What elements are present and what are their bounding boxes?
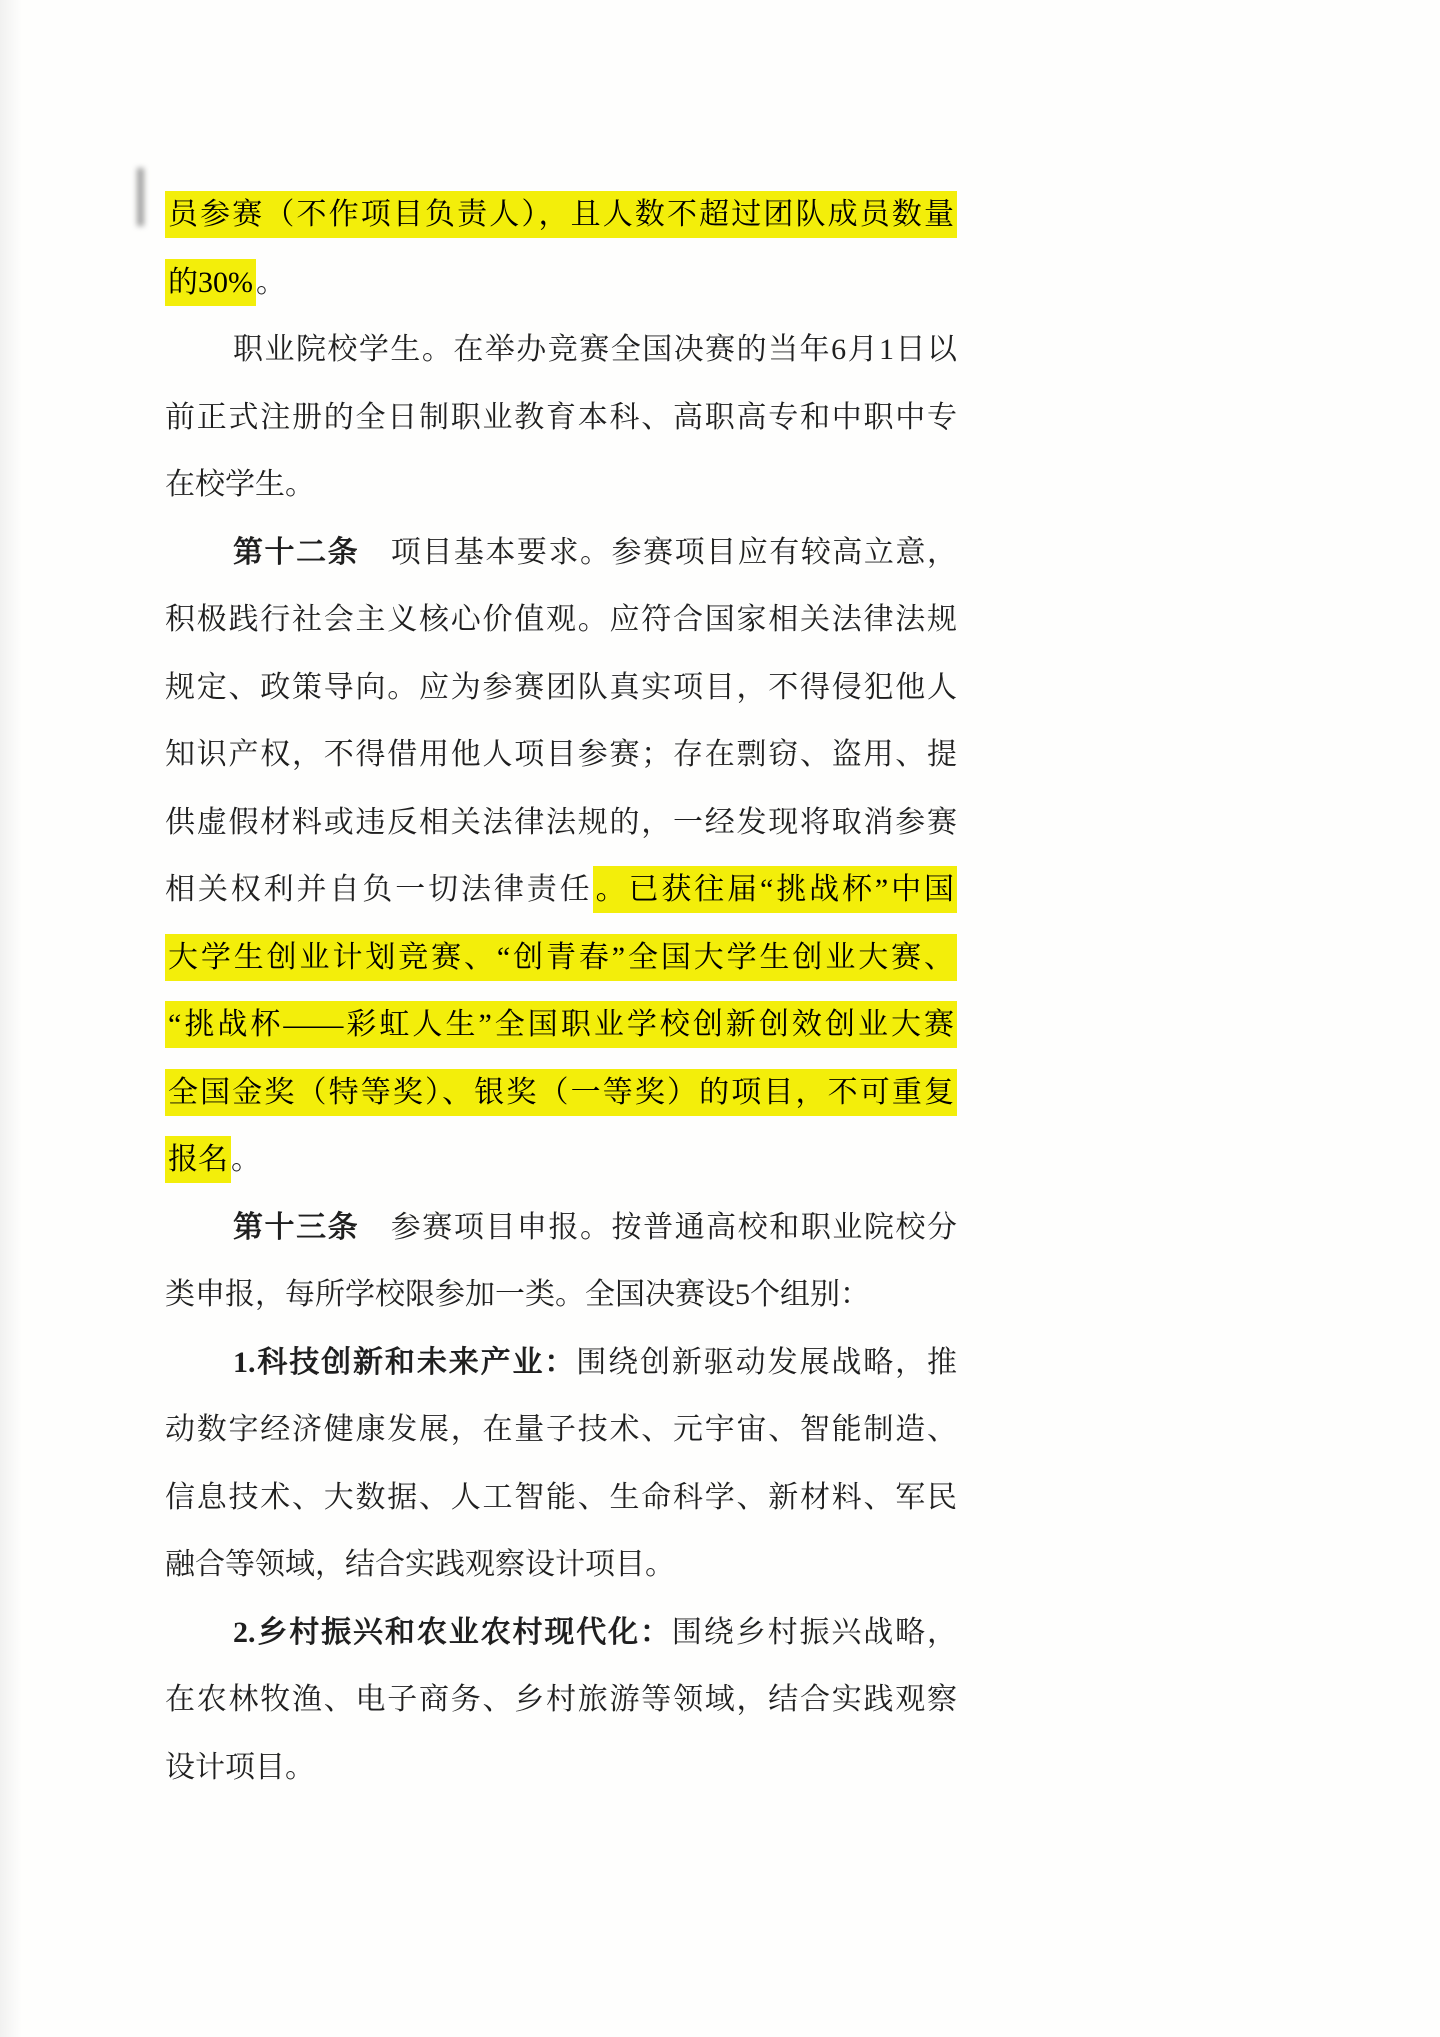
text-line-5: 在校学生。 bbox=[165, 451, 957, 519]
highlighted-text: 报名 bbox=[165, 1136, 231, 1183]
text-segment: 设计项目。 bbox=[165, 1751, 315, 1784]
text-line-12: 大学生创业计划竞赛、“创青春”全国大学生创业大赛、 bbox=[165, 924, 957, 992]
text-segment: 第十二条 bbox=[233, 536, 359, 569]
text-line-24: 设计项目。 bbox=[165, 1734, 957, 1802]
text-segment: 在农林牧渔、电子商务、乡村旅游等领域，结合实践观察 bbox=[165, 1683, 957, 1716]
highlighted-text: “挑战杯——彩虹人生”全国职业学校创新创效创业大赛 bbox=[165, 1001, 957, 1048]
text-segment: 相关权利并自负一切法律责任 bbox=[165, 873, 593, 906]
highlighted-text: 。已获往届“挑战杯”中国 bbox=[593, 866, 957, 913]
text-line-20: 信息技术、大数据、人工智能、生命科学、新材料、军民 bbox=[165, 1464, 957, 1532]
text-line-16: 第十三条 参赛项目申报。按普通高校和职业院校分 bbox=[165, 1194, 957, 1262]
text-line-21: 融合等领域，结合实践观察设计项目。 bbox=[165, 1531, 957, 1599]
highlighted-text: 大学生创业计划竞赛、“创青春”全国大学生创业大赛、 bbox=[165, 934, 957, 981]
text-segment: 类申报，每所学校限参加一类。全国决赛设5个组别： bbox=[165, 1278, 870, 1311]
text-line-17: 类申报，每所学校限参加一类。全国决赛设5个组别： bbox=[165, 1261, 957, 1329]
text-segment: 第十三条 bbox=[233, 1211, 359, 1244]
text-segment: 参赛项目申报。按普通高校和职业院校分 bbox=[359, 1211, 957, 1244]
text-line-13: “挑战杯——彩虹人生”全国职业学校创新创效创业大赛 bbox=[165, 991, 957, 1059]
text-line-11: 相关权利并自负一切法律责任。已获往届“挑战杯”中国 bbox=[165, 856, 957, 924]
text-line-10: 供虚假材料或违反相关法律法规的，一经发现将取消参赛 bbox=[165, 789, 957, 857]
text-line-19: 动数字经济健康发展，在量子技术、元宇宙、智能制造、 bbox=[165, 1396, 957, 1464]
text-line-8: 规定、政策导向。应为参赛团队真实项目，不得侵犯他人 bbox=[165, 654, 957, 722]
text-line-1: 员参赛（不作项目负责人），且人数不超过团队成员数量 bbox=[165, 181, 957, 249]
text-line-4: 前正式注册的全日制职业教育本科、高职高专和中职中专 bbox=[165, 384, 957, 452]
text-segment: 围绕乡村振兴战略， bbox=[672, 1616, 957, 1649]
document-text-block: 员参赛（不作项目负责人），且人数不超过团队成员数量的30%。职业院校学生。在举办… bbox=[165, 181, 957, 1801]
scan-artifact bbox=[137, 168, 144, 226]
text-segment: 前正式注册的全日制职业教育本科、高职高专和中职中专 bbox=[165, 401, 957, 434]
text-line-6: 第十二条 项目基本要求。参赛项目应有较高立意， bbox=[165, 519, 957, 587]
text-line-22: 2.乡村振兴和农业农村现代化：围绕乡村振兴战略， bbox=[165, 1599, 957, 1667]
text-segment: 融合等领域，结合实践观察设计项目。 bbox=[165, 1548, 675, 1581]
text-line-15: 报名。 bbox=[165, 1126, 957, 1194]
text-segment: 2.乡村振兴和农业农村现代化： bbox=[233, 1616, 672, 1649]
text-segment: 1.科技创新和未来产业： bbox=[233, 1346, 576, 1379]
document-page: 员参赛（不作项目负责人），且人数不超过团队成员数量的30%。职业院校学生。在举办… bbox=[0, 0, 1440, 2037]
highlighted-text: 全国金奖（特等奖）、银奖（一等奖）的项目，不可重复 bbox=[165, 1069, 957, 1116]
text-segment: 在校学生。 bbox=[165, 468, 315, 501]
text-line-23: 在农林牧渔、电子商务、乡村旅游等领域，结合实践观察 bbox=[165, 1666, 957, 1734]
text-segment: 积极践行社会主义核心价值观。应符合国家相关法律法规 bbox=[165, 603, 957, 636]
text-line-18: 1.科技创新和未来产业：围绕创新驱动发展战略，推 bbox=[165, 1329, 957, 1397]
highlighted-text: 员参赛（不作项目负责人），且人数不超过团队成员数量 bbox=[165, 191, 957, 238]
text-segment: 项目基本要求。参赛项目应有较高立意， bbox=[359, 536, 957, 569]
text-line-2: 的30%。 bbox=[165, 249, 957, 317]
text-segment: 。 bbox=[256, 266, 286, 299]
text-segment: 围绕创新驱动发展战略，推 bbox=[576, 1346, 957, 1379]
text-segment: 信息技术、大数据、人工智能、生命科学、新材料、军民 bbox=[165, 1481, 957, 1514]
text-segment: 规定、政策导向。应为参赛团队真实项目，不得侵犯他人 bbox=[165, 671, 957, 704]
text-segment: 知识产权，不得借用他人项目参赛；存在剽窃、盗用、提 bbox=[165, 738, 957, 771]
text-segment: 动数字经济健康发展，在量子技术、元宇宙、智能制造、 bbox=[165, 1413, 957, 1446]
highlighted-text: 的30% bbox=[165, 259, 256, 306]
text-segment: 。 bbox=[231, 1143, 261, 1176]
text-segment: 职业院校学生。在举办竞赛全国决赛的当年6月1日以 bbox=[233, 333, 957, 366]
text-segment: 供虚假材料或违反相关法律法规的，一经发现将取消参赛 bbox=[165, 806, 957, 839]
text-line-9: 知识产权，不得借用他人项目参赛；存在剽窃、盗用、提 bbox=[165, 721, 957, 789]
text-line-3: 职业院校学生。在举办竞赛全国决赛的当年6月1日以 bbox=[165, 316, 957, 384]
text-line-14: 全国金奖（特等奖）、银奖（一等奖）的项目，不可重复 bbox=[165, 1059, 957, 1127]
text-line-7: 积极践行社会主义核心价值观。应符合国家相关法律法规 bbox=[165, 586, 957, 654]
